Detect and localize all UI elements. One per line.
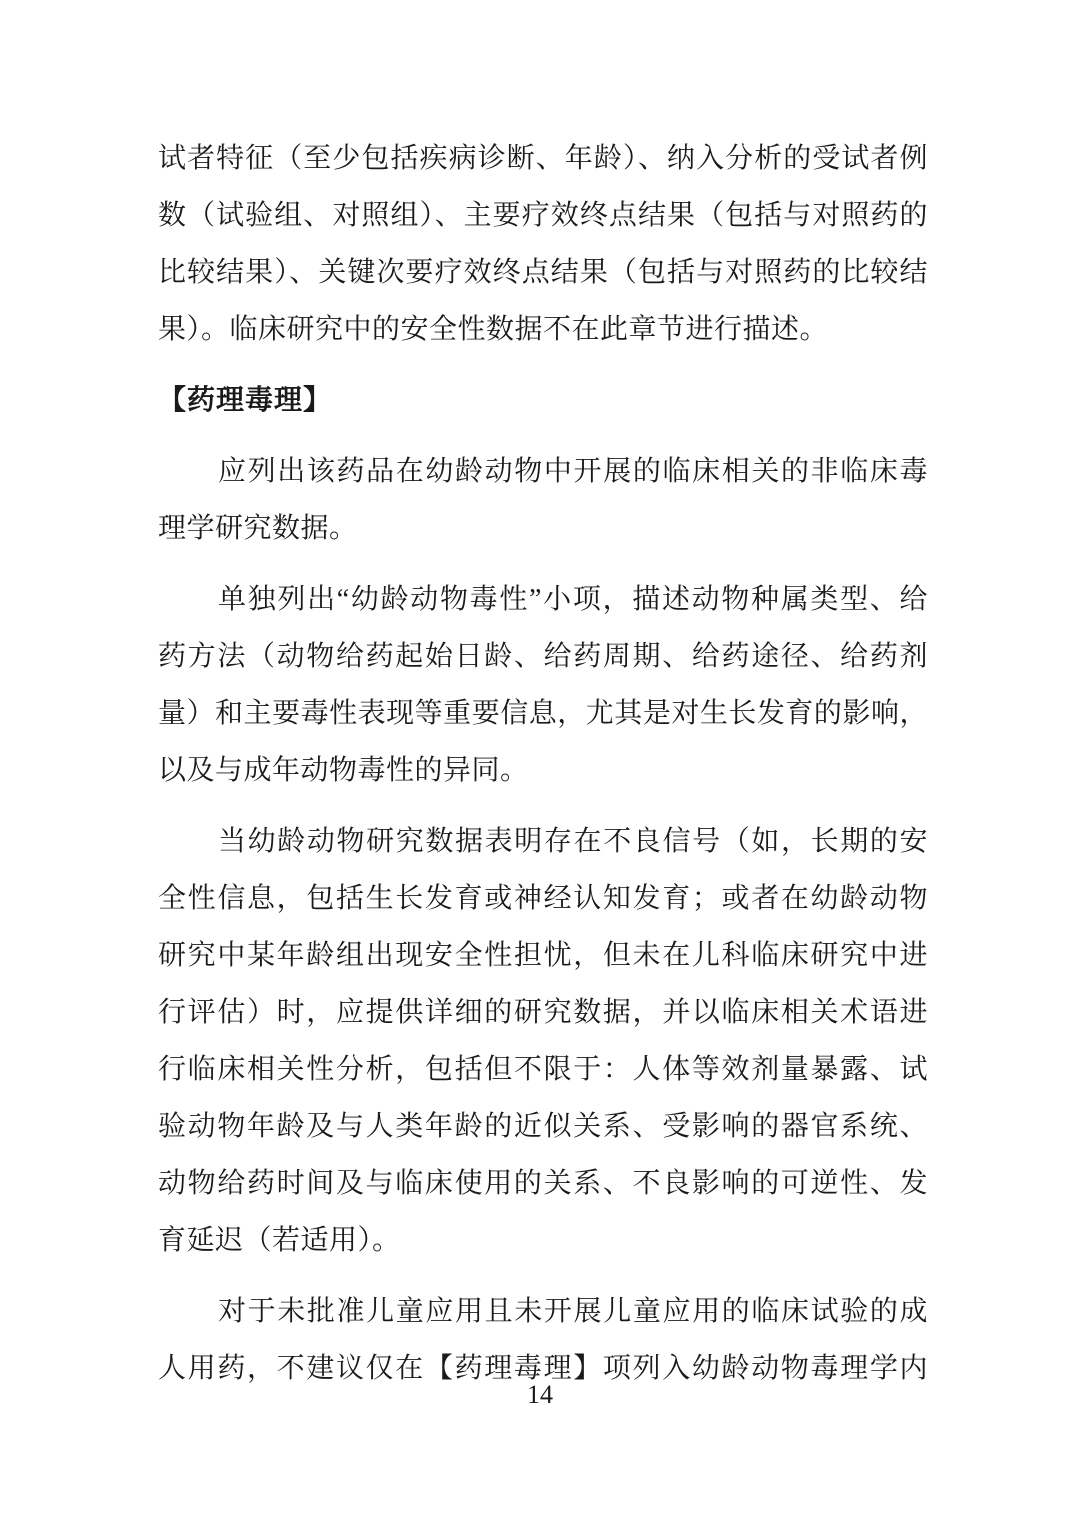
- body-line: 应列出该药品在幼龄动物中开展的临床相关的非临床毒: [158, 443, 928, 500]
- text-block: 试者特征（至少包括疾病诊断、年龄）、纳入分析的受试者例数（试验组、对照组）、主要…: [158, 130, 928, 1397]
- body-line: 当幼龄动物研究数据表明存在不良信号（如，长期的安: [158, 813, 928, 870]
- body-paragraph: 应列出该药品在幼龄动物中开展的临床相关的非临床毒理学研究数据。: [158, 443, 928, 557]
- body-line: 动物给药时间及与临床使用的关系、不良影响的可逆性、发: [158, 1155, 928, 1212]
- body-line: 行临床相关性分析，包括但不限于：人体等效剂量暴露、试: [158, 1041, 928, 1098]
- body-line: 理学研究数据。: [158, 500, 928, 557]
- heading-line: 【药理毒理】: [158, 372, 928, 429]
- body-line: 行评估）时，应提供详细的研究数据，并以临床相关术语进: [158, 984, 928, 1041]
- body-paragraph: 当幼龄动物研究数据表明存在不良信号（如，长期的安全性信息，包括生长发育或神经认知…: [158, 813, 928, 1269]
- body-line: 以及与成年动物毒性的异同。: [158, 742, 928, 799]
- body-line: 药方法（动物给药起始日龄、给药周期、给药途径、给药剂: [158, 628, 928, 685]
- body-line: 试者特征（至少包括疾病诊断、年龄）、纳入分析的受试者例: [158, 130, 928, 187]
- body-line: 数（试验组、对照组）、主要疗效终点结果（包括与对照药的: [158, 187, 928, 244]
- document-page: 试者特征（至少包括疾病诊断、年龄）、纳入分析的受试者例数（试验组、对照组）、主要…: [0, 0, 1080, 1527]
- body-line: 单独列出“幼龄动物毒性”小项，描述动物种属类型、给: [158, 571, 928, 628]
- body-line: 比较结果）、关键次要疗效终点结果（包括与对照药的比较结: [158, 244, 928, 301]
- body-line: 验动物年龄及与人类年龄的近似关系、受影响的器官系统、: [158, 1098, 928, 1155]
- body-line: 量）和主要毒性表现等重要信息，尤其是对生长发育的影响，: [158, 685, 928, 742]
- body-line: 对于未批准儿童应用且未开展儿童应用的临床试验的成: [158, 1283, 928, 1340]
- section-heading: 【药理毒理】: [158, 372, 928, 429]
- body-line: 果）。临床研究中的安全性数据不在此章节进行描述。: [158, 301, 928, 358]
- body-paragraph: 单独列出“幼龄动物毒性”小项，描述动物种属类型、给药方法（动物给药起始日龄、给药…: [158, 571, 928, 799]
- body-line: 研究中某年龄组出现安全性担忧，但未在儿科临床研究中进: [158, 927, 928, 984]
- body-line: 全性信息，包括生长发育或神经认知发育；或者在幼龄动物: [158, 870, 928, 927]
- body-line: 育延迟（若适用）。: [158, 1212, 928, 1269]
- page-number: 14: [0, 1380, 1080, 1410]
- body-paragraph: 试者特征（至少包括疾病诊断、年龄）、纳入分析的受试者例数（试验组、对照组）、主要…: [158, 130, 928, 358]
